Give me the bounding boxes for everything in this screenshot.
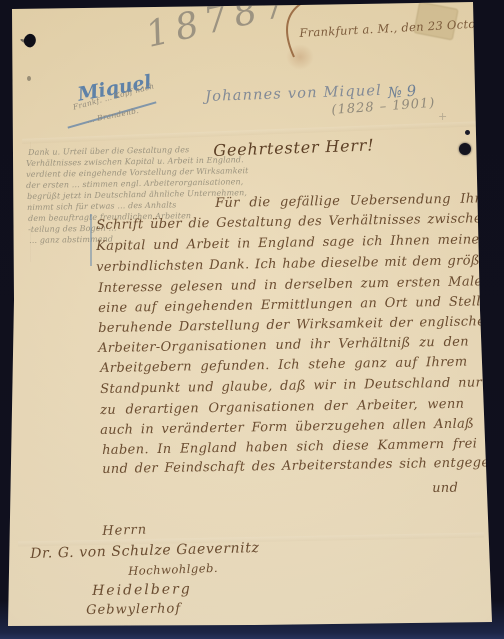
body-line: Für die gefällige Uebersendung Ihrer [215,191,496,211]
blue-margin-line [90,214,92,266]
marginalia-line: nimmt sich für etwas … des Anhalts [27,200,176,212]
pencil-subnote: … Brandenb. [86,106,140,125]
marginalia-line: begrüßt jetzt in Deutschland ähnliche Un… [27,188,247,201]
body-line: haben. In England haben sich diese Kamme… [102,436,477,458]
body-line: Arbeitgebern gefunden. Ich stehe ganz au… [100,355,468,376]
letter-scan: 18787 Frankfurt a. M., den 23 October 18… [0,0,504,639]
address-line: Dr. G. von Schulze Gaevernitz [30,540,260,562]
dateline: Frankfurt a. M., den 23 October 1889. [299,14,504,40]
body-line: beruhende Darstellung der Wirksamkeit de… [98,314,494,336]
address-line: Hochwohlgeb. [128,561,218,578]
address-line: Gebwylerhof [86,601,181,618]
cross-mark: + [438,110,447,123]
body-line: auch in veränderter Form überzugehen all… [100,416,474,438]
body-line: Interesse gelesen und in derselben zum e… [98,274,483,296]
address-line: Heidelberg [92,581,192,599]
body-line: Kapital und Arbeit in England sage ich I… [96,232,488,254]
ink-blot-large [459,143,471,155]
body-line: Arbeiter-Organisationen und ihr Verhältn… [98,335,469,356]
catchword: und [432,481,458,496]
archive-number: 18787 [142,0,297,56]
marginalia-line: Dank u. Urteil über die Gestaltung des [28,145,189,157]
body-line: eine auf eingehenden Ermittlungen an Ort… [98,294,489,316]
body-line: verbindlichsten Dank. Ich habe dieselbe … [96,253,502,275]
paper-speck [27,76,31,81]
letter-paper: 18787 Frankfurt a. M., den 23 October 18… [0,0,504,639]
body-line: und der Feindschaft des Arbeiterstandes … [102,455,503,477]
body-line: Standpunkt und glaube, daß wir in Deutsc… [100,375,482,397]
address-line: Herrn [102,522,147,539]
ink-blot-small [465,130,470,135]
body-line: zu derartigen Organisationen der Arbeite… [100,397,464,418]
